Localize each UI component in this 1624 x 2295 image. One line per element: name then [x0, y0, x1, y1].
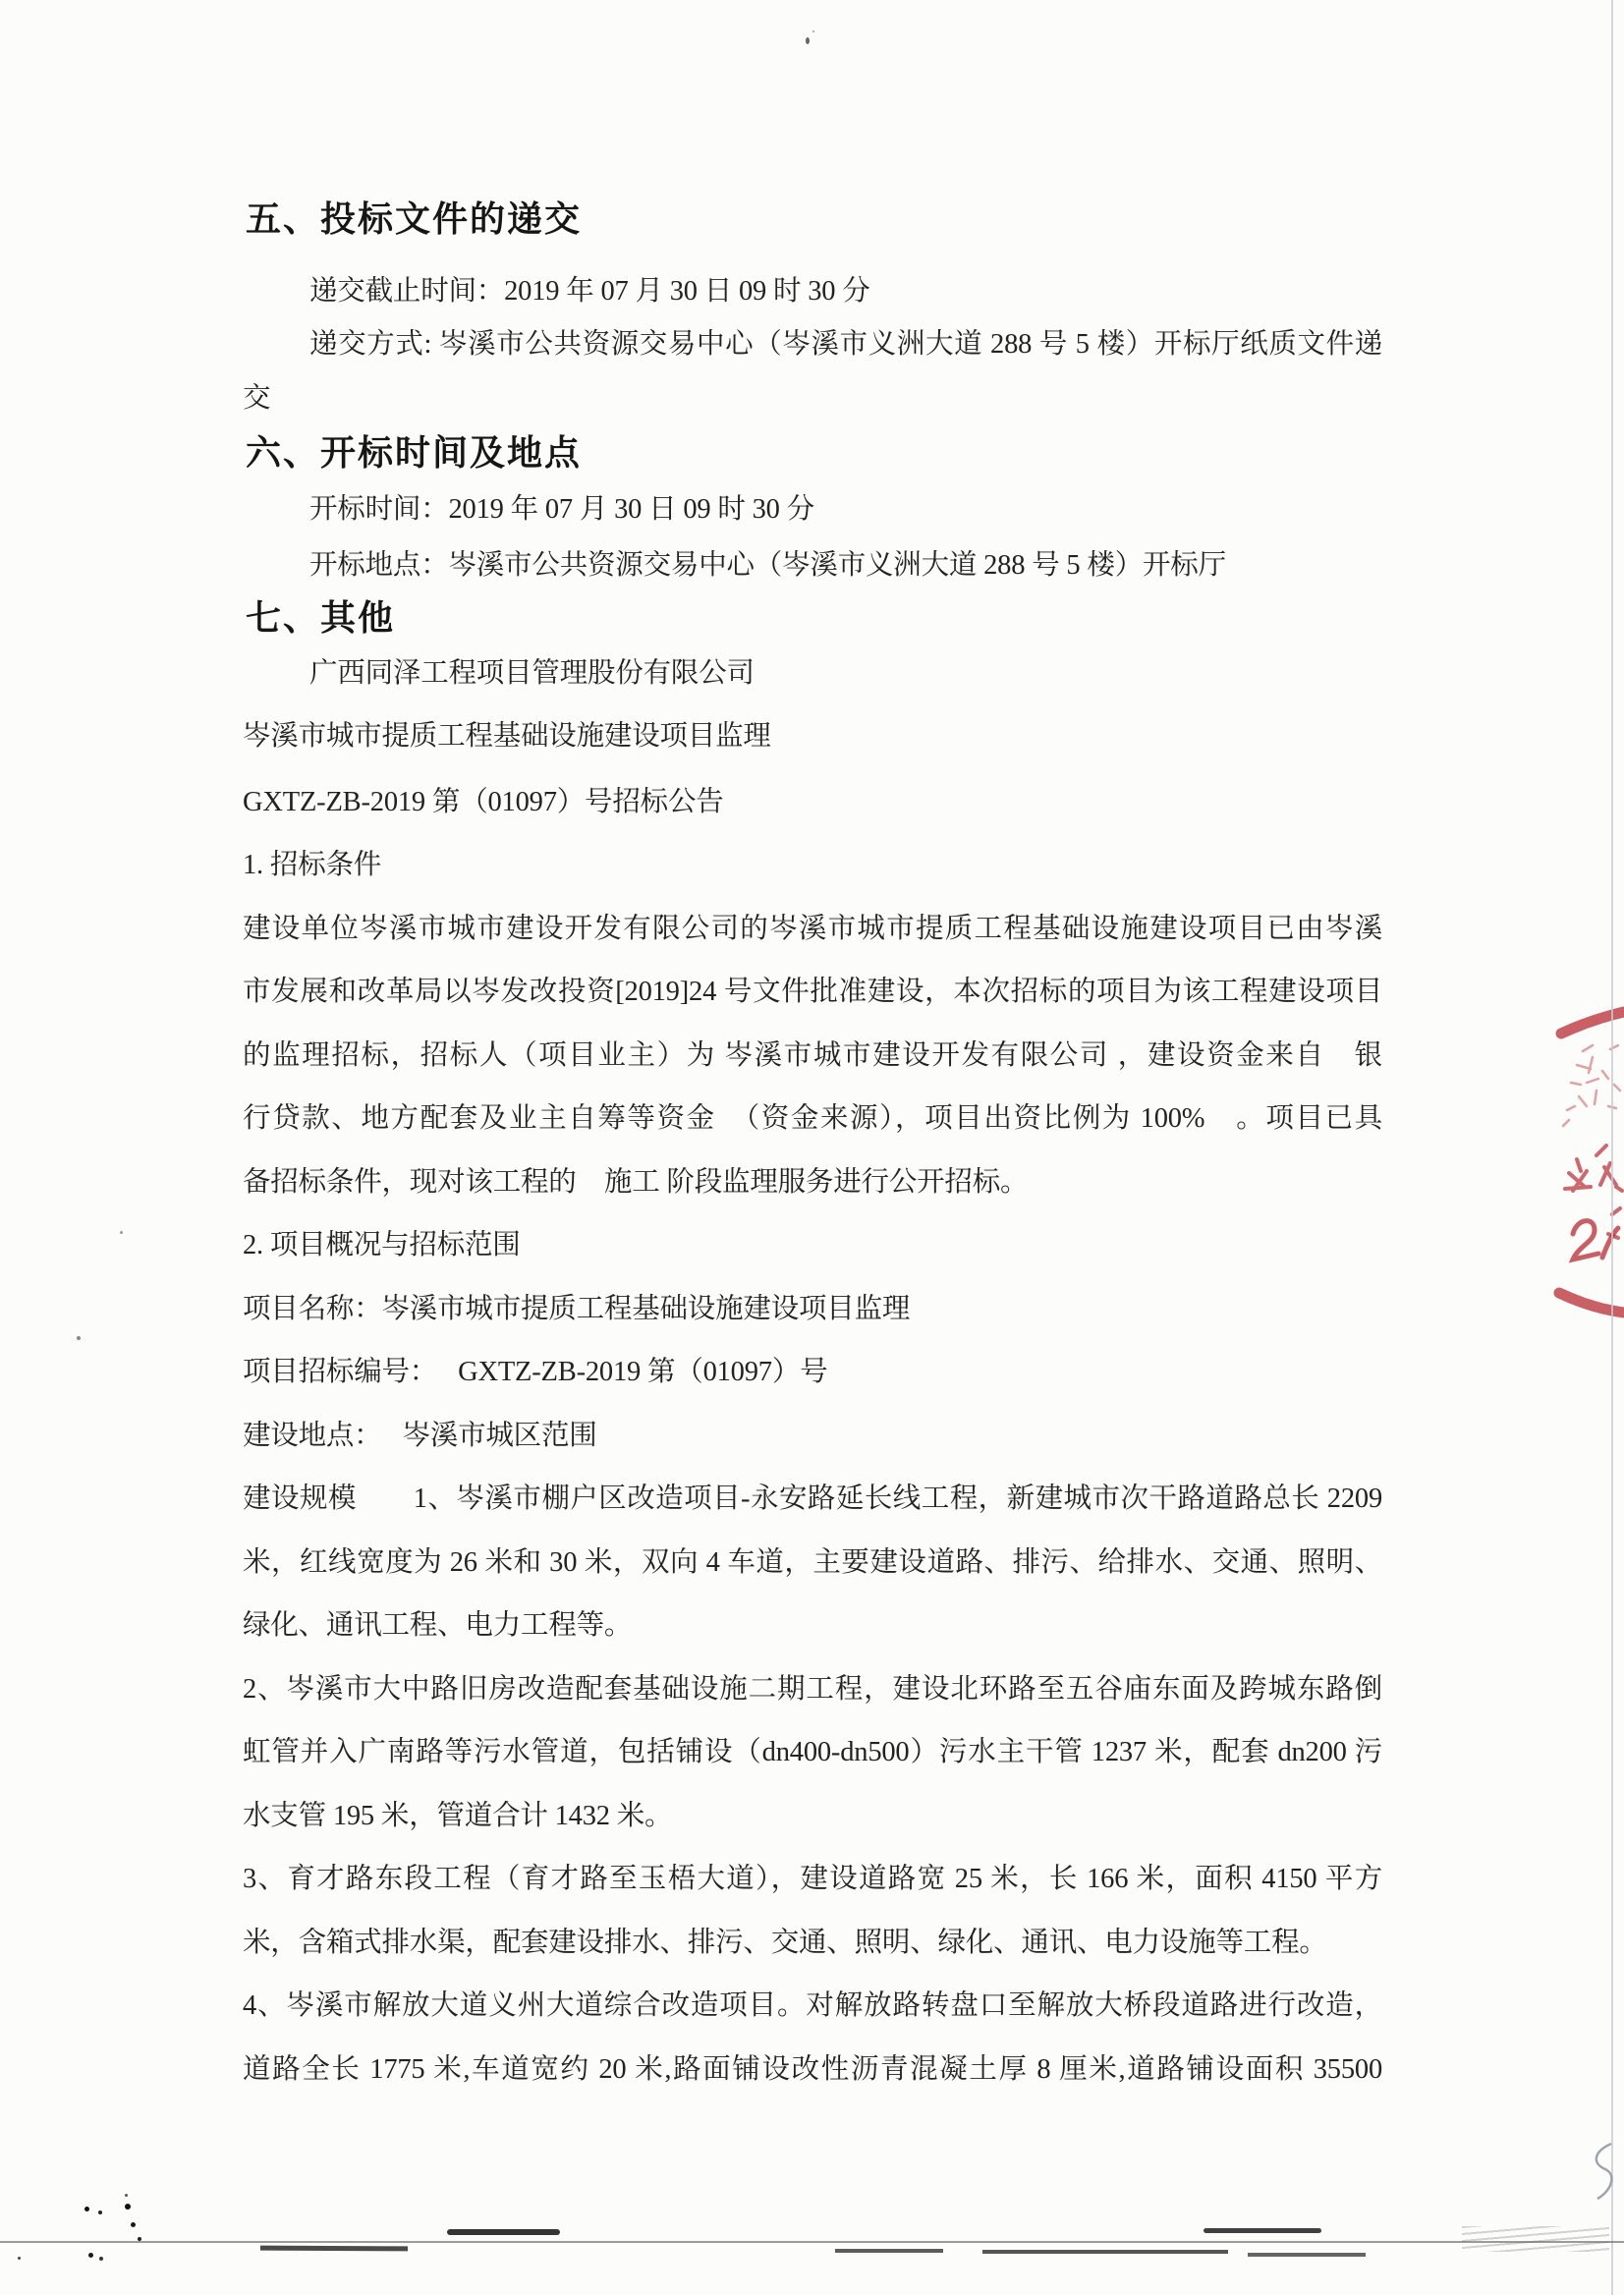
scan-speck [99, 2257, 103, 2261]
text-line: 项目名称：岑溪市城市提质工程基础设施建设项目监理 [243, 1290, 1382, 1329]
scan-speck [84, 2207, 89, 2211]
scan-speck [120, 1231, 123, 1234]
text-line: 米，含箱式排水渠，配套建设排水、排污、交通、照明、绿化、通讯、电力设施等工程。 [243, 1924, 1382, 1963]
section-heading: 五、投标文件的递交 [246, 199, 1385, 239]
red-stamp [1553, 1000, 1624, 1336]
scanned-page: 五、投标文件的递交递交截止时间：2019 年 07 月 30 日 09 时 30… [0, 0, 1624, 2295]
text-line: 岑溪市城市提质工程基础设施建设项目监理 [243, 717, 1382, 756]
scanner-edge-line [1611, 0, 1613, 2295]
text-line: 水支管 195 米，管道合计 1432 米。 [243, 1797, 1382, 1836]
text-line: 市发展和改革局以岑发改投资[2019]24 号文件批准建设，本次招标的项目为该工… [243, 973, 1382, 1012]
scan-smudge [1204, 2228, 1321, 2233]
text-line: 广西同泽工程项目管理股份有限公司 [243, 654, 1382, 694]
scan-smudge [260, 2246, 408, 2252]
text-line: 开标时间：2019 年 07 月 30 日 09 时 30 分 [243, 490, 1382, 530]
text-line: 4、岑溪市解放大道义州大道综合改造项目。对解放路转盘口至解放大桥段道路进行改造， [243, 1987, 1382, 2026]
text-line: 开标地点：岑溪市公共资源交易中心（岑溪市义洲大道 288 号 5 楼）开标厅 [243, 546, 1382, 586]
scan-speck [131, 2222, 136, 2227]
scan-streak-line [0, 2241, 1624, 2243]
curl-mark [1584, 2138, 1619, 2207]
scan-speck [138, 2237, 141, 2241]
text-line: 建设规模 1、岑溪市棚户区改造项目-永安路延长线工程，新建城市次干路道路总长 2… [243, 1480, 1382, 1519]
scan-speck [125, 2194, 128, 2197]
text-line: 米，红线宽度为 26 米和 30 米，双向 4 车道，主要建设道路、排污、给排水… [243, 1543, 1382, 1583]
text-line: 的监理招标，招标人（项目业主）为 岑溪市城市建设开发有限公司 ，建设资金来自 银 [243, 1036, 1382, 1076]
scan-smudge [447, 2229, 560, 2235]
text-line: 项目招标编号： GXTZ-ZB-2019 第（01097）号 [243, 1353, 1382, 1392]
section-heading: 六、开标时间及地点 [246, 433, 1385, 473]
text-line: 建设单位岑溪市城市建设开发有限公司的岑溪市城市提质工程基础设施建设项目已由岑溪 [243, 910, 1382, 949]
text-line: 2、岑溪市大中路旧房改造配套基础设施二期工程，建设北环路至五谷庙东面及跨城东路倒 [243, 1670, 1382, 1709]
text-line: 1. 招标条件 [243, 846, 1382, 885]
scan-speck [88, 2253, 93, 2258]
text-line: 递交方式: 岑溪市公共资源交易中心（岑溪市义洲大道 288 号 5 楼）开标厅纸… [243, 325, 1382, 364]
text-line: 3、育才路东段工程（育才路至玉梧大道），建设道路宽 25 米，长 166 米，面… [243, 1860, 1382, 1899]
text-line: 绿化、通讯工程、电力工程等。 [243, 1606, 1382, 1646]
scan-speck [125, 2204, 131, 2210]
text-line: 2. 项目概况与招标范围 [243, 1226, 1382, 1265]
stamp-top-arc [1561, 1012, 1624, 1034]
section-heading: 七、其他 [246, 598, 1385, 638]
text-line: 备招标条件，现对该工程的 施工 阶段监理服务进行公开招标。 [243, 1163, 1382, 1203]
stamp-bottom-arc [1559, 1293, 1624, 1313]
scan-hatch [1462, 2226, 1609, 2252]
text-line: 行贷款、地方配套及业主自筹等资金 （资金来源），项目出资比例为 100% 。项目… [243, 1099, 1382, 1139]
text-line: 递交截止时间：2019 年 07 月 30 日 09 时 30 分 [243, 272, 1382, 311]
text-line: 道路全长 1775 米,车道宽约 20 米,路面铺设改性沥青混凝土厚 8 厘米,… [243, 2050, 1382, 2090]
text-line: GXTZ-ZB-2019 第（01097）号招标公告 [243, 783, 1382, 822]
scan-smudge [1248, 2253, 1366, 2257]
scan-speck [77, 1336, 81, 1340]
scan-speck [18, 2257, 21, 2260]
scan-speck [98, 2211, 102, 2214]
scan-speck [806, 37, 810, 44]
scan-smudge [835, 2249, 943, 2253]
scan-speck [812, 30, 814, 32]
text-line: 建设地点： 岑溪市城区范围 [243, 1417, 1382, 1456]
text-line: 虹管并入广南路等污水管道，包括铺设（dn400-dn500）污水主干管 1237… [243, 1733, 1382, 1772]
text-line: 交 [243, 379, 1382, 419]
scan-smudge [982, 2250, 1228, 2254]
